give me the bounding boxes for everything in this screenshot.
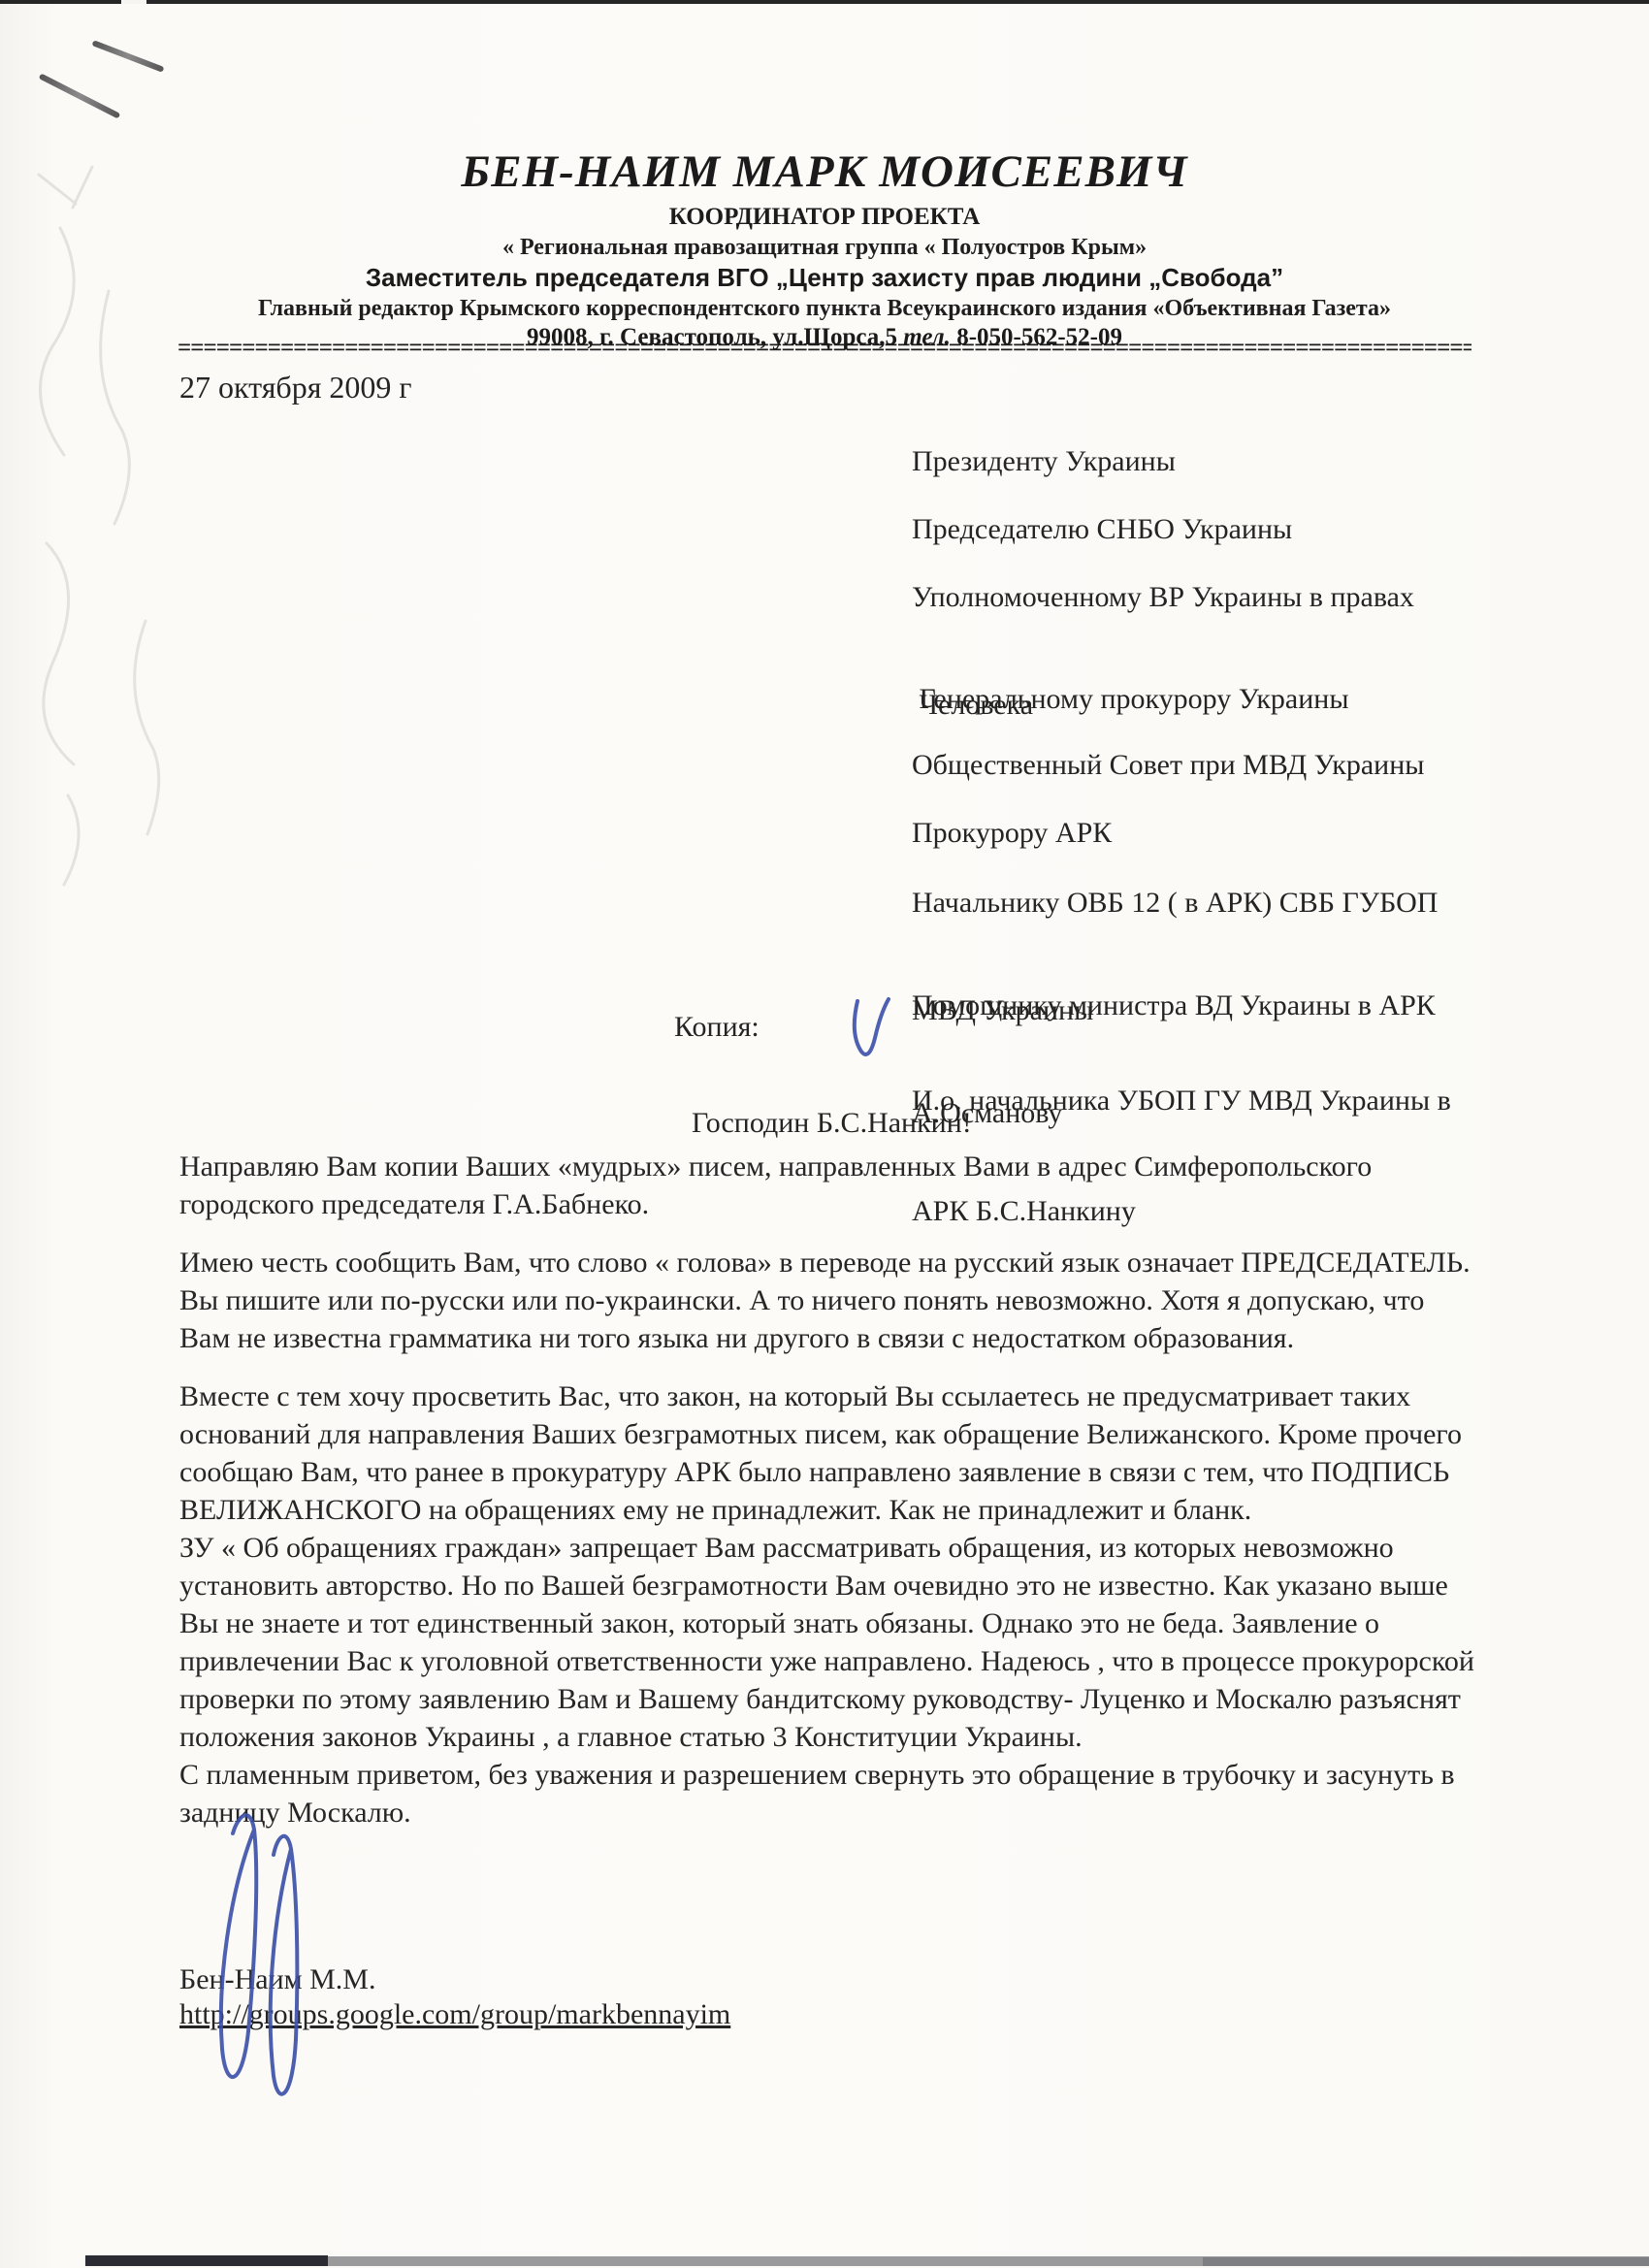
letter-date: 27 октября 2009 г	[179, 370, 412, 405]
letterhead: БЕН-НАИМ МАРК МОИСЕЕВИЧ КООРДИНАТОР ПРОЕ…	[58, 147, 1591, 351]
signature-link: http://groups.google.com/group/markbenna…	[179, 1998, 730, 2031]
body-paragraph: Имею честь сообщить Вам, что слово « гол…	[179, 1244, 1479, 1357]
scan-top-edge	[0, 0, 1649, 4]
body-paragraph: ЗУ « Об обращениях граждан» запрещает Ва…	[179, 1529, 1479, 1756]
org-line-2: Заместитель председателя ВГО „Центр захи…	[58, 263, 1591, 293]
body-paragraph: Вместе с тем хочу просветить Вас, что за…	[179, 1377, 1479, 1529]
staple-mark-icon	[92, 40, 165, 73]
org-line-3: Главный редактор Крымского корреспондент…	[58, 296, 1591, 322]
sender-role: КООРДИНАТОР ПРОЕКТА	[58, 204, 1591, 231]
body-paragraph: С пламенным приветом, без уважения и раз…	[179, 1756, 1479, 1831]
handwritten-check-icon	[855, 999, 889, 1054]
sender-name: БЕН-НАИМ МАРК МОИСЕЕВИЧ	[58, 147, 1591, 198]
staple-mark-icon	[39, 73, 121, 118]
handwritten-signature	[221, 1815, 297, 2094]
scanned-letter-page: БЕН-НАИМ МАРК МОИСЕЕВИЧ КООРДИНАТОР ПРОЕ…	[0, 0, 1649, 2268]
org-line-1: « Региональная правозащитная группа « По…	[58, 235, 1591, 261]
signature-name: Бен-Наим М.М.	[179, 1963, 375, 1996]
recipient-line: И.о. начальника УБОП ГУ МВД Украины в	[912, 1083, 1494, 1119]
scan-bottom-edge-right	[1203, 2257, 1649, 2266]
double-rule-divider: ========================================…	[178, 334, 1471, 363]
body-paragraph: Направляю Вам копии Ваших «мудрых» писем…	[179, 1148, 1479, 1223]
letter-body: Направляю Вам копии Ваших «мудрых» писем…	[179, 1148, 1479, 1831]
copy-label: Копия:	[674, 1011, 760, 1044]
scan-bottom-edge-dark	[85, 2255, 328, 2266]
salutation: Господин Б.С.Нанкин!	[692, 1107, 972, 1140]
scan-top-edge-gap	[121, 0, 146, 4]
